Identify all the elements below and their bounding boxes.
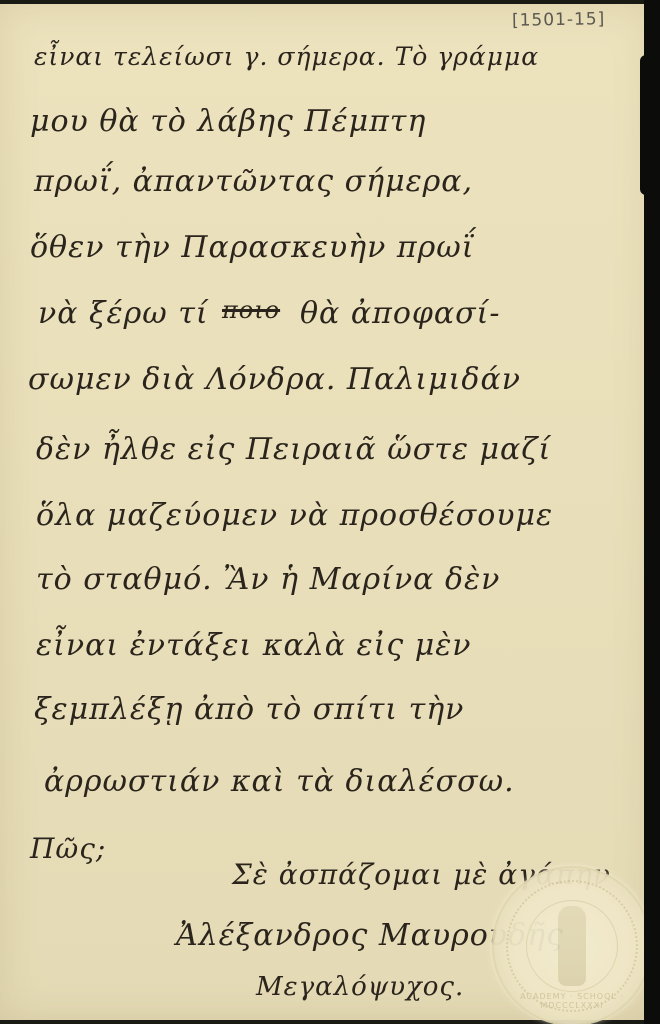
handwritten-line: νὰ ξέρω τί [38,296,209,331]
seal-urn-icon [558,906,586,986]
handwritten-line: εἶναι ἐντάξει καλὰ εἰς μὲν [36,628,472,663]
handwritten-line: Μεγαλόψυχος. [256,972,464,1002]
handwritten-line: θὰ ἀποφασί- [300,296,501,331]
handwritten-line: σωμεν διὰ Λόνδρα. Παλιμιδάν [28,362,521,397]
letter-page: [1501-15] εἶναι τελείωσι γ. σήμερα. Τὸ γ… [0,4,652,1020]
handwritten-line: εἶναι τελείωσι γ. σήμερα. Τὸ γράμμα [34,42,539,71]
handwritten-line: ξεμπλέξῃ ἀπὸ τὸ σπίτι τὴν [34,692,464,727]
handwritten-line: Πῶς; [30,832,106,865]
handwritten-line: δὲν ἦλθε εἰς Πειραιᾶ ὥστε μαζί [36,432,551,467]
scan-border-tear [640,55,650,195]
handwritten-line: ὅθεν τὴν Παρασκευὴν πρωΐ [30,230,474,265]
handwritten-line: τὸ σταθμό. Ἂν ἡ Μαρίνα δὲν [36,562,500,597]
struck-word: ποιο [222,296,280,324]
handwritten-line: ὅλα μαζεύομεν νὰ προσθέσουμε [36,498,553,533]
handwritten-line: πρωΐ, ἀπαντῶντας σήμερα, [34,164,473,199]
embossed-seal-icon: ACADEMY · SCHOOL · MDCCCLXXXI [492,866,652,1024]
handwritten-line: ἀρρωστιάν καὶ τὰ διαλέσσω. [44,764,515,799]
archive-reference-label: [1501-15] [512,9,606,31]
seal-inscription: ACADEMY · SCHOOL · MDCCCLXXXI [492,992,652,1010]
handwritten-line: μου θὰ τὸ λάβης Πέμπτη [30,104,426,139]
